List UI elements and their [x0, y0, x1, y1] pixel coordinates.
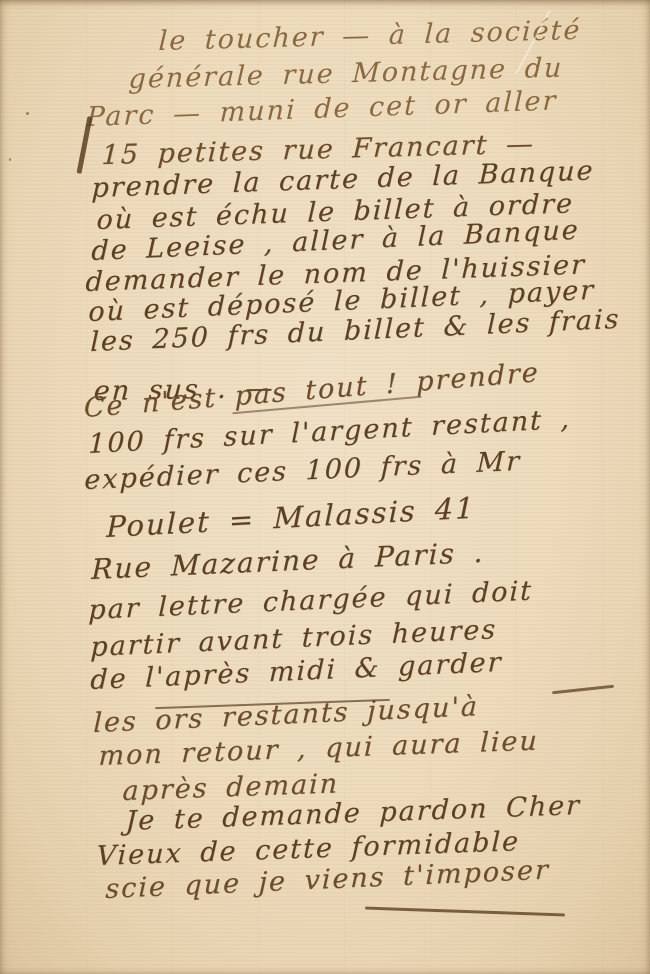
paper-speck: [26, 112, 29, 115]
dash-after-garder: [552, 685, 614, 694]
manuscript-line: Poulet = Malassis 41: [106, 491, 476, 544]
paper-speck: [9, 158, 11, 161]
manuscript-line: le toucher — à la société: [158, 15, 582, 57]
manuscript-line: Rue Mazarine à Paris .: [91, 536, 485, 586]
closing-underline-flourish: [365, 907, 565, 917]
letter-page: le toucher — à la société générale rue M…: [0, 0, 650, 974]
